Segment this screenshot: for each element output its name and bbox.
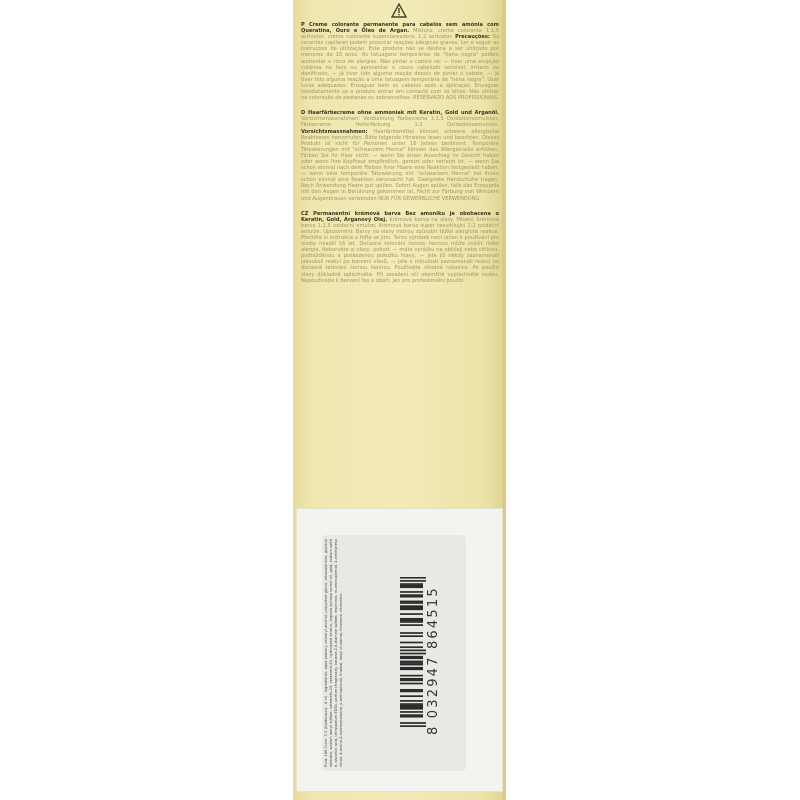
section-keyword: Vorsichtsmassnahmen: [301, 129, 368, 135]
section-heading: D Haarfärbecreme ohne ammoniak mit Kerat… [301, 110, 499, 116]
warning-text-area: P Creme colorante permanente para cabelo… [301, 22, 499, 293]
section-body: Upozornění: Barvy na vlasy mohou způsobi… [301, 229, 499, 284]
warning-triangle-icon [391, 3, 407, 18]
barcode-icon [400, 577, 426, 727]
rotated-sticker-content: Prod. 186 Crem. 7.3 (Goldbraun) · 4 ml ·… [322, 535, 466, 771]
barcode-sticker: Prod. 186 Crem. 7.3 (Goldbraun) · 4 ml ·… [322, 535, 466, 771]
barcode-area: 8 032947 864515 [400, 575, 446, 735]
product-box-side-panel: P Creme colorante permanente para cabelo… [293, 0, 506, 800]
white-label-panel: Prod. 186 Crem. 7.3 (Goldbraun) · 4 ml ·… [296, 508, 503, 792]
section-body: Vorsichtsmassnahmen: Verdünnung Färbecre… [301, 116, 499, 128]
section-body: Haarfärbemittel können schwere allergisc… [301, 129, 499, 202]
section-body: Os corantes capilares podem provocar rea… [301, 34, 499, 101]
section-german: D Haarfärbecreme ohne ammoniak mit Kerat… [301, 110, 499, 201]
ingredients-text: Prod. 186 Crem. 7.3 (Goldbraun) · 4 ml ·… [322, 535, 382, 771]
section-portuguese: P Creme colorante permanente para cabelo… [301, 22, 499, 101]
barcode-number: 8 032947 864515 [426, 575, 441, 735]
section-czech: CZ Permanentní krémová barva Bez amoniku… [301, 211, 499, 284]
